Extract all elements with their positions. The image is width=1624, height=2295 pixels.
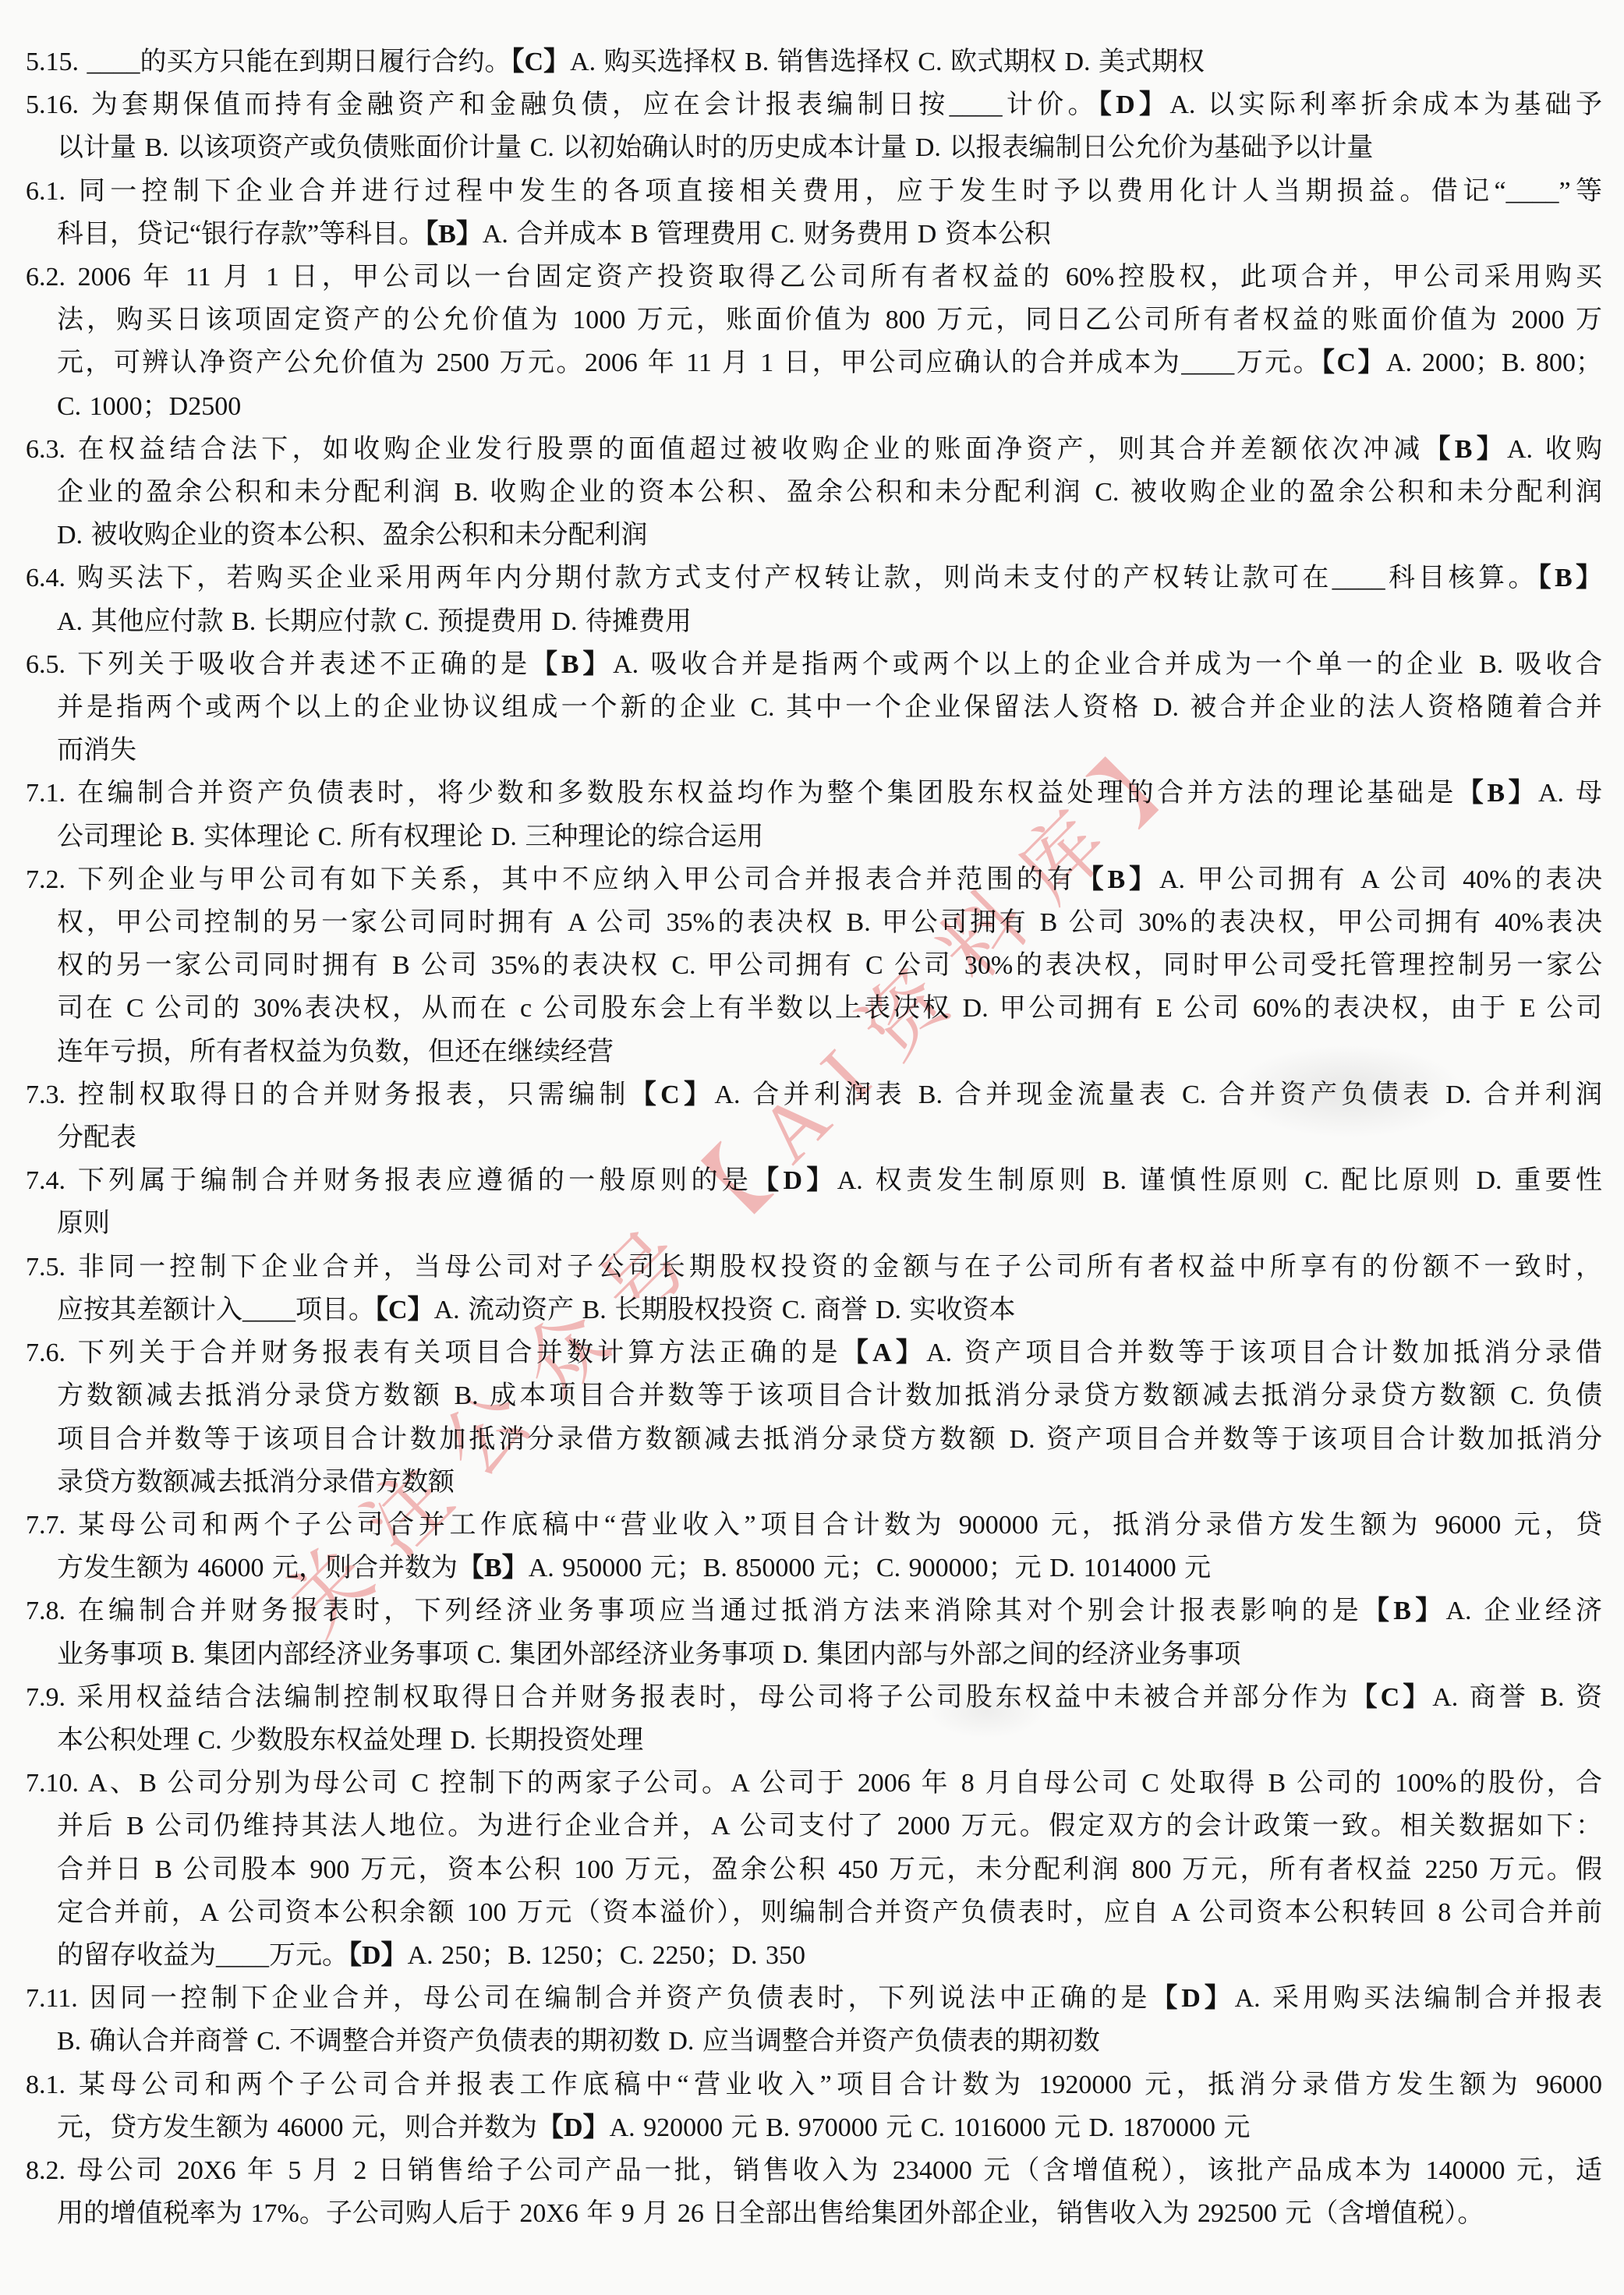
text-line: 6.4. 购买法下，若购买企业采用两年内分期付款方式支付产权转让款，则尚未支付的… [26, 557, 1602, 599]
scanned-page: 5.15. ____的买方只能在到期日履行合约。【C】A. 购买选择权 B. 销… [0, 0, 1624, 2295]
text-line: 7.11. 因同一控制下企业合并，母公司在编制合并资产负债表时，下列说法中正确的… [26, 1977, 1602, 2020]
answer-marker: 【B】 [1424, 435, 1507, 464]
text-line: 7.1. 在编制合并资产负债表时，将少数和多数股东权益均作为整个集团股东权益处理… [26, 772, 1602, 815]
answer-marker: 【D】 [537, 2113, 610, 2142]
text-line: 的留存收益为____万元。【D】A. 250；B. 1250；C. 2250；D… [26, 1934, 1602, 1977]
text-line: 用的增值税率为 17%。子公司购人后于 20X6 年 9 月 26 日全部出售给… [26, 2192, 1602, 2235]
text-line: 7.8. 在编制合并财务报表时，下列经济业务事项应当通过抵消方法来消除其对个别会… [26, 1590, 1602, 1632]
text-line: 定合并前，A 公司资本公积余额 100 万元（资本溢价），则编制合并资产负债表时… [26, 1891, 1602, 1934]
text-line: 7.7. 某母公司和两个子公司合并工作底稿中“营业收入”项目合计数为 90000… [26, 1504, 1602, 1547]
text-line: D. 被收购企业的资本公积、盈余公积和未分配利润 [26, 514, 1602, 557]
text-line: 合并日 B 公司股本 900 万元，资本公积 100 万元，盈余公积 450 万… [26, 1848, 1602, 1891]
text-line: 6.1. 同一控制下企业合并进行过程中发生的各项直接相关费用，应于发生时予以费用… [26, 170, 1602, 213]
answer-marker: 【B】 [458, 1554, 529, 1582]
text-line: 8.2. 母公司 20X6 年 5 月 2 日销售给子公司产品一批，销售收入为 … [26, 2149, 1602, 2192]
answer-marker: 【D】 [1151, 1984, 1234, 2013]
answer-marker: 【C】 [1351, 1683, 1433, 1712]
text-line: 业务事项 B. 集团内部经济业务事项 C. 集团外部经济业务事项 D. 集团内部… [26, 1633, 1602, 1676]
text-line: 5.15. ____的买方只能在到期日履行合约。【C】A. 购买选择权 B. 销… [26, 41, 1602, 83]
text-line: 而消失 [26, 729, 1602, 772]
text-line: 方数额减去抵消分录贷方数额 B. 成本项目合并数等于该项目合计数加抵消分录贷方数… [26, 1374, 1602, 1417]
answer-marker: 【D】 [752, 1166, 837, 1195]
text-line: 6.3. 在权益结合法下，如收购企业发行股票的面值超过被收购企业的账面净资产，则… [26, 428, 1602, 471]
text-line: 应按其差额计入____项目。【C】A. 流动资产 B. 长期股权投资 C. 商誉… [26, 1289, 1602, 1331]
text-line: 权，甲公司控制的另一家公司同时拥有 A 公司 35%的表决权 B. 甲公司拥有 … [26, 901, 1602, 944]
answer-marker: 【C】 [1321, 348, 1386, 377]
answer-marker: 【C】 [511, 48, 571, 76]
text-line: 7.4. 下列属于编制合并财务报表应遵循的一般原则的是【D】A. 权责发生制原则… [26, 1159, 1602, 1202]
answer-marker: 【A】 [842, 1338, 926, 1367]
text-line: 以计量 B. 以该项资产或负债账面价计量 C. 以初始确认时的历史成本计量 D.… [26, 126, 1602, 169]
text-line: 项目合并数等于该项目合计数加抵消分录借方数额减去抵消分录贷方数额 D. 资产项目… [26, 1418, 1602, 1461]
text-line: 录贷方数额减去抵消分录借方数额 [26, 1461, 1602, 1504]
text-line: 企业的盈余公积和未分配利润 B. 收购企业的资本公积、盈余公积和未分配利润 C.… [26, 471, 1602, 514]
text-line: 分配表 [26, 1116, 1602, 1159]
text-line: 5.16. 为套期保值而持有金融资产和金融负债，应在会计报表编制日按____计价… [26, 83, 1602, 126]
answer-marker: 【B】 [1077, 865, 1159, 894]
answer-marker: 【B】 [425, 220, 483, 249]
text-line: 7.10. A、B 公司分别为母公司 C 控制下的两家子公司。A 公司于 200… [26, 1762, 1602, 1805]
text-line: 连年亏损，所有者权益为负数，但还在继续经营 [26, 1031, 1602, 1073]
answer-marker: 【D】 [1099, 90, 1170, 119]
answer-marker: 【B】 [1457, 779, 1538, 808]
text-line: 6.5. 下列关于吸收合并表述不正确的是【B】A. 吸收合并是指两个或两个以上的… [26, 643, 1602, 686]
text-line: 方发生额为 46000 元，则合并数为【B】A. 950000 元；B. 850… [26, 1547, 1602, 1590]
answer-marker: 【B】 [1538, 564, 1602, 592]
text-line: 本公积处理 C. 少数股东权益处理 D. 长期投资处理 [26, 1719, 1602, 1762]
text-line: A. 其他应付款 B. 长期应付款 C. 预提费用 D. 待摊费用 [26, 600, 1602, 643]
text-line: 并是指两个或两个以上的企业协议组成一个新的企业 C. 其中一个企业保留法人资格 … [26, 686, 1602, 729]
text-line: 司在 C 公司的 30%表决权，从而在 c 公司股东会上有半数以上表决权 D. … [26, 987, 1602, 1030]
text-line: 原则 [26, 1202, 1602, 1245]
answer-marker: 【C】 [375, 1296, 434, 1324]
text-line: 7.2. 下列企业与甲公司有如下关系，其中不应纳入甲公司合并报表合并范围的有【B… [26, 858, 1602, 901]
answer-marker: 【D】 [349, 1941, 408, 1970]
question-text-block: 5.15. ____的买方只能在到期日履行合约。【C】A. 购买选择权 B. 销… [26, 41, 1602, 2235]
answer-marker: 【C】 [630, 1080, 715, 1109]
text-line: 科目，贷记“银行存款”等科目。【B】A. 合并成本 B 管理费用 C. 财务费用… [26, 213, 1602, 256]
text-line: 7.3. 控制权取得日的合并财务报表，只需编制【C】A. 合并利润表 B. 合并… [26, 1073, 1602, 1116]
text-line: 8.1. 某母公司和两个子公司合并报表工作底稿中“营业收入”项目合计数为 192… [26, 2063, 1602, 2106]
text-line: 元，贷方发生额为 46000 元，则合并数为【D】A. 920000 元 B. … [26, 2106, 1602, 2149]
text-line: 法，购买日该项固定资产的公允价值为 1000 万元，账面价值为 800 万元，同… [26, 299, 1602, 341]
answer-marker: 【B】 [1363, 1597, 1445, 1625]
answer-marker: 【B】 [531, 650, 613, 679]
text-line: 元，可辨认净资产公允价值为 2500 万元。2006 年 11 月 1 日，甲公… [26, 341, 1602, 384]
text-line: 7.6. 下列关于合并财务报表有关项目合并数计算方法正确的是【A】A. 资产项目… [26, 1331, 1602, 1374]
text-line: 并后 B 公司仍维持其法人地位。为进行企业合并，A 公司支付了 2000 万元。… [26, 1805, 1602, 1848]
text-line: C. 1000；D2500 [26, 385, 1602, 428]
text-line: 7.5. 非同一控制下企业合并，当母公司对子公司长期股权投资的金额与在子公司所有… [26, 1246, 1602, 1289]
text-line: 7.9. 采用权益结合法编制控制权取得日合并财务报表时，母公司将子公司股东权益中… [26, 1676, 1602, 1719]
text-line: B. 确认合并商誉 C. 不调整合并资产负债表的期初数 D. 应当调整合并资产负… [26, 2020, 1602, 2063]
text-line: 权的另一家公司同时拥有 B 公司 35%的表决权 C. 甲公司拥有 C 公司 3… [26, 944, 1602, 987]
text-line: 6.2. 2006 年 11 月 1 日，甲公司以一台固定资产投资取得乙公司所有… [26, 256, 1602, 299]
text-line: 公司理论 B. 实体理论 C. 所有权理论 D. 三种理论的综合运用 [26, 815, 1602, 858]
